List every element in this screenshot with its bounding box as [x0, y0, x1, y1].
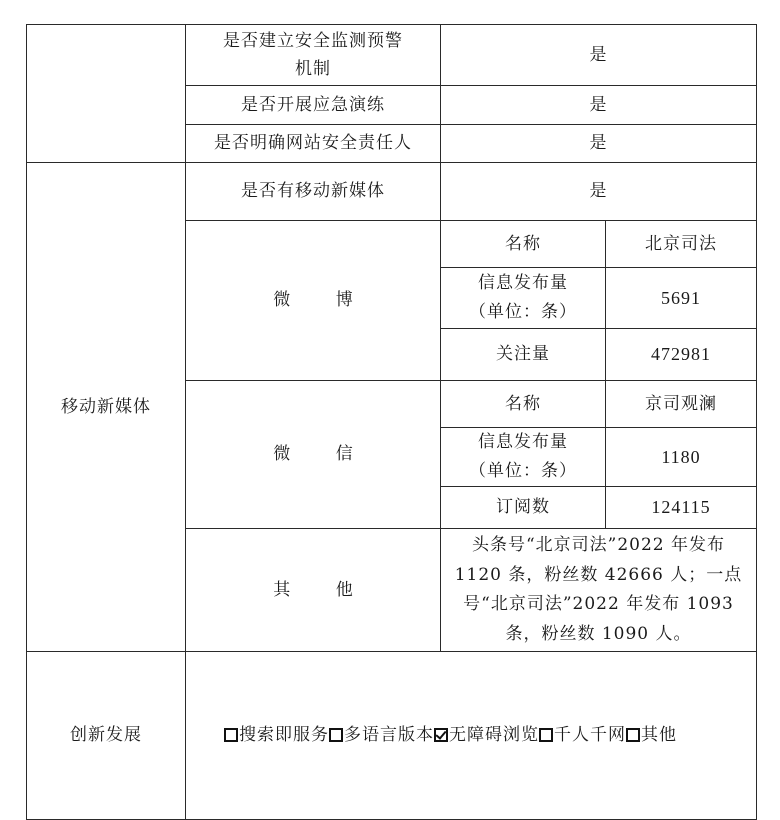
checkbox-icon[interactable] — [329, 728, 343, 742]
weibo-posts-value: 5691 — [606, 268, 757, 329]
wechat-subscribers-value: 124115 — [606, 487, 757, 529]
checkbox-checked-icon[interactable] — [434, 728, 448, 742]
wechat-name-value: 京司观澜 — [606, 381, 757, 428]
wechat-subscribers-label: 订阅数 — [441, 487, 606, 529]
option-other[interactable]: 其他 — [626, 725, 677, 745]
weibo-name-value: 北京司法 — [606, 221, 757, 268]
wechat-name-label: 名称 — [441, 381, 606, 428]
weibo-followers-value: 472981 — [606, 329, 757, 381]
security-value-drill: 是 — [441, 86, 757, 125]
security-value-responsible: 是 — [441, 125, 757, 163]
weibo-followers-label: 关注量 — [441, 329, 606, 381]
security-value-monitoring: 是 — [441, 25, 757, 86]
other-media-label: 其 他 — [186, 529, 441, 652]
option-personalized[interactable]: 千人千网 — [539, 725, 626, 745]
option-search-service[interactable]: 搜索即服务 — [224, 725, 329, 745]
security-label-drill: 是否开展应急演练 — [186, 86, 441, 125]
report-table: 是否建立安全监测预警机制 是 是否开展应急演练 是 是否明确网站安全责任人 是 … — [26, 24, 757, 820]
weibo-posts-label: 信息发布量（单位：条） — [441, 268, 606, 329]
checkbox-icon[interactable] — [224, 728, 238, 742]
security-label-monitoring: 是否建立安全监测预警机制 — [186, 25, 441, 86]
wechat-posts-label: 信息发布量（单位：条） — [441, 428, 606, 487]
wechat-posts-value: 1180 — [606, 428, 757, 487]
mobile-media-section-label: 移动新媒体 — [27, 163, 186, 652]
wechat-label: 微 信 — [186, 381, 441, 529]
weibo-label: 微 博 — [186, 221, 441, 381]
innovation-options: 搜索即服务多语言版本无障碍浏览千人千网其他 — [186, 652, 757, 820]
has-mobile-media-value: 是 — [441, 163, 757, 221]
weibo-name-label: 名称 — [441, 221, 606, 268]
checkbox-icon[interactable] — [626, 728, 640, 742]
other-media-text: 头条号“北京司法”2022 年发布1120 条，粉丝数 42666 人；一点号“… — [441, 529, 757, 652]
option-accessibility[interactable]: 无障碍浏览 — [434, 725, 539, 745]
has-mobile-media-label: 是否有移动新媒体 — [186, 163, 441, 221]
option-multilingual[interactable]: 多语言版本 — [329, 725, 434, 745]
security-section-label — [27, 25, 186, 163]
innovation-section-label: 创新发展 — [27, 652, 186, 820]
security-label-responsible: 是否明确网站安全责任人 — [186, 125, 441, 163]
checkbox-icon[interactable] — [539, 728, 553, 742]
